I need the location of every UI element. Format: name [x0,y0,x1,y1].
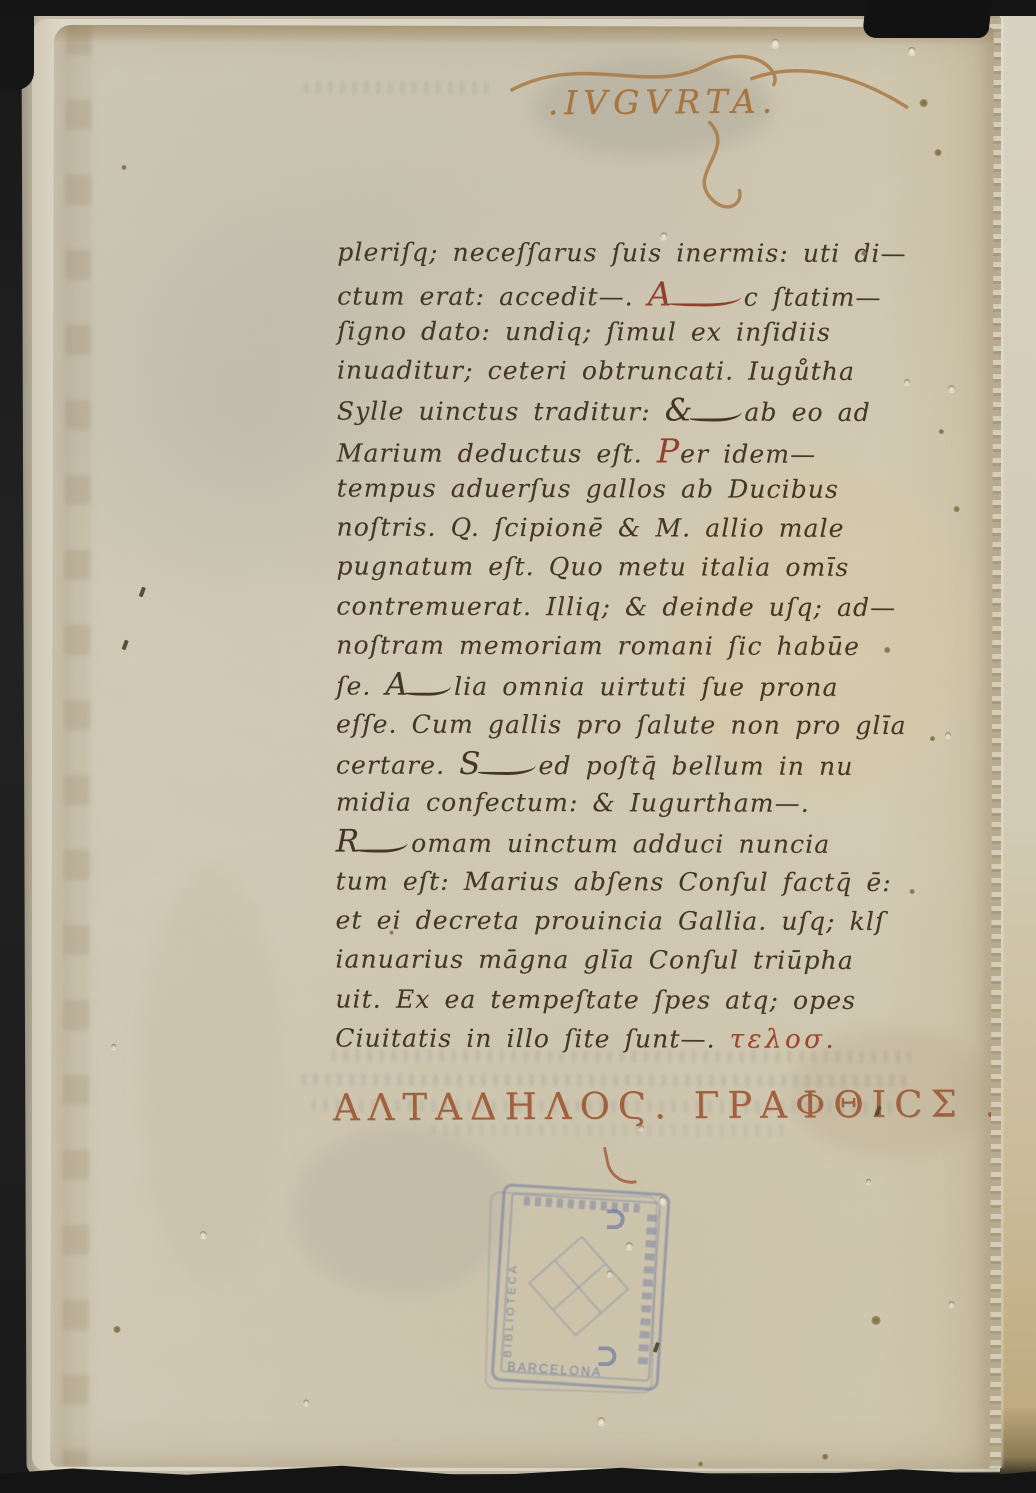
page-title: .IVGVRTA. [451,44,932,245]
wormhole [908,47,916,55]
text-segment: pleriſq; neceſſarus ſuis inermis: uti di… [337,238,906,268]
text-segment: er idem— [680,440,816,469]
text-segment: omam uinctum adduci nuncia [411,829,830,859]
facing-page-corner [1000,1408,1036,1478]
text-segment: ctum erat: accedit—. [337,282,648,312]
text-segment: inuaditur; ceteri obtruncati. Iugůtha [337,355,855,385]
stain-speck [113,1326,120,1333]
text-segment: ed poſtq̄ bellum in nu [539,751,854,781]
text-segment: ab eo ad [744,398,870,427]
manuscript-line: noſtris. Q. ſcipionē & M. allio male [337,513,977,554]
stain-speck [954,506,960,512]
pen-flourish [689,407,741,422]
text-segment: midia confectum: & Iugurtham—. [336,788,810,818]
wormhole [597,1417,605,1425]
manuscript-line: contremuerat. Illiq; & deinde uſq; ad— [336,591,976,632]
text-segment: tum eſt: Marius abſens Conſul factq̄ ē: [336,866,892,896]
text-segment: certare. [336,750,459,779]
manuscript-line: midia confectum: & Iugurtham—. [336,788,976,829]
stain-speck [822,1454,828,1460]
photo-backdrop: .IVGVRTA. pleriſq; neceſſarus ſuis inerm… [0,0,1036,1493]
stain-speck [122,165,127,170]
stain-speck [939,429,944,434]
manuscript-line: ſe. Alia omnia uirtuti ſue prona [336,670,976,711]
stain-speck [920,99,928,107]
stain-speck [861,251,866,256]
text-segment: et ei decreta prouincia Gallia. uſq; klſ [336,906,886,936]
wormhole [626,1242,633,1249]
text-segment: Sylle uinctus traditur: [337,397,665,427]
page-top-edge-stain [54,25,994,45]
manuscript-line: pugnatum eſt. Quo metu italia omīs [336,552,976,593]
manuscript-page: .IVGVRTA. pleriſq; neceſſarus ſuis inerm… [50,25,994,1469]
text-segment: c ſtatim— [744,283,882,312]
wormhole [949,1301,955,1307]
wormhole [866,1179,871,1184]
stain-speck [935,149,942,156]
stain [141,865,282,1285]
facing-page-edge [1000,12,1036,1464]
colophon-greek: ΑΛΤΑΔΗΛΟϚ. ΓΡΑΦΘΙϹΣ . [333,1082,973,1156]
text-segment: noſtris. Q. ſcipionē & M. allio male [337,513,845,543]
text-segment: Ciuitatis in illo ſite ſunt—. [335,1023,730,1053]
pen-flourish [356,838,408,853]
stain-speck [871,1316,880,1325]
wormhole [771,39,780,48]
backdrop-top-notch [862,0,992,38]
wormhole [904,379,910,385]
manuscript-line: Marium deductus eſt. Per idem— [337,434,977,475]
text-segment: tempus aduerſus gallos ab Ducibus [337,473,839,503]
rubric-word: τελοσ. [730,1024,838,1054]
pen-flourish [478,760,536,775]
wormhole [303,1399,309,1405]
manuscript-line: noſtram memoriam romani ſic habūe [336,630,976,671]
text-segment: pugnatum eſt. Quo metu italia omīs [336,552,849,582]
pen-flourish [669,292,741,307]
library-stamp: BIBLIOTECA BARCELONA [490,1183,670,1391]
pen-flourish [405,681,451,696]
text-segment: noſtram memoriam romani ſic habūe [336,630,860,660]
wormhole [945,732,951,738]
text-segment: contremuerat. Illiq; & deinde uſq; ad— [336,591,896,621]
manuscript-line: certare. Sed poſtq̄ bellum in nu [336,748,976,789]
stain-speck [910,889,915,894]
manuscript-line: Sylle uinctus traditur: &ab eo ad [337,395,977,436]
manuscript-line: ianuarius māgna glīa Conſul triūpha [335,945,975,986]
manuscript-line: inuaditur; ceteri obtruncati. Iugůtha [337,355,977,396]
text-segment: ianuarius māgna glīa Conſul triūpha [335,945,854,975]
wormhole [111,1044,116,1049]
wormhole [607,1270,613,1276]
text-segment: uit. Ex ea tempeſtate ſpes atq; opes [335,984,856,1014]
text-segment: Marium deductus eſt. [337,439,657,469]
manuscript-line: pleriſq; neceſſarus ſuis inermis: uti di… [337,238,977,279]
manuscript-line: ctum erat: accedit—. Ac ſtatim— [337,277,977,318]
manuscript-line: eſſe. Cum gallis pro ſalute non pro glīa [336,709,976,750]
wormhole [660,232,667,239]
rubric-initial: P [657,432,680,471]
text-segment: eſſe. Cum gallis pro ſalute non pro glīa [336,709,907,739]
text-segment: lia omnia uirtuti ſue prona [454,672,839,702]
text-segment: ſe. [336,672,385,701]
title-flourish-icon [451,44,932,245]
wormhole [200,1231,207,1238]
wormhole [639,1125,644,1130]
text-block: pleriſq; neceſſarus ſuis inermis: uti di… [335,238,977,1065]
stain-speck [930,736,935,741]
text-segment: ſigno dato: undiq; ſimul ex inſidiis [337,316,831,346]
wormhole [948,385,955,392]
wormhole [659,1196,667,1204]
stain-speck [884,647,890,653]
manuscript-line: ſigno dato: undiq; ſimul ex inſidiis [337,316,977,357]
manuscript-line: Ciuitatis in illo ſite ſunt—. τελοσ. [335,1023,975,1064]
manuscript-line: uit. Ex ea tempeſtate ſpes atq; opes [335,984,975,1025]
stain-speck [698,1461,703,1466]
manuscript-line: Romam uinctum adduci nuncia [336,827,976,868]
stain-speck [390,931,394,935]
manuscript-line: tum eſt: Marius abſens Conſul factq̄ ē: [336,866,976,907]
title-text: .IVGVRTA. [548,81,779,122]
manuscript-line: tempus aduerſus gallos ab Ducibus [337,473,977,514]
manuscript-line: et ei decreta prouincia Gallia. uſq; klſ [335,906,975,947]
